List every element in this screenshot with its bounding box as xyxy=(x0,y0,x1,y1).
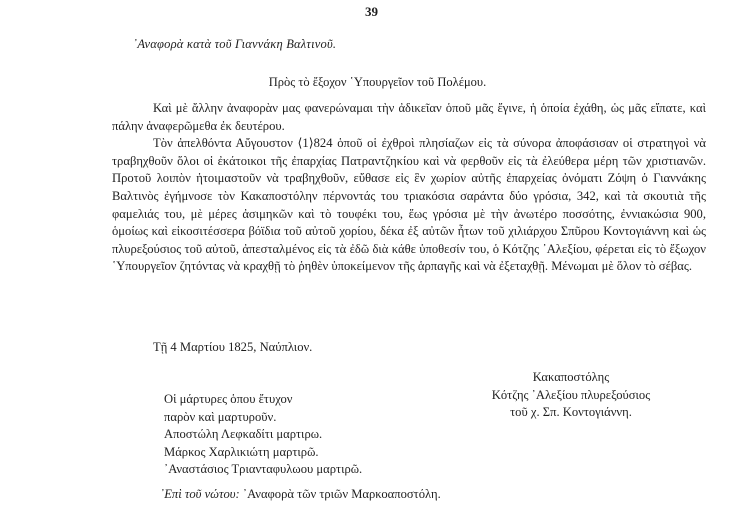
witnesses-block: Οἱ μάρτυρες ὁπου ἔτυχον παρὸν καὶ μαρτυρ… xyxy=(164,391,362,479)
addressee-line: Πρὸς τὸ ἔξοχον ῾Υπουργεῖον τοῦ Πολέμου. xyxy=(0,75,743,90)
date-place-line: Τῇ 4 Μαρτίου 1825, Ναύπλιον. xyxy=(153,340,312,355)
witness-line-3: Αποστώλη Λεφκαδίτι μαρτιρω. xyxy=(164,426,362,444)
signature-line-1: Κακαποστόλης xyxy=(455,369,687,387)
letter-body: Καὶ μὲ ἄλλην ἀναφορὰν μας φανερώναμαι τὴ… xyxy=(112,100,706,276)
verso-note-label: ᾿Επὶ τοῦ νώτου: xyxy=(160,487,240,501)
signature-line-3: τοῦ χ. Σπ. Κοντογιάννη. xyxy=(455,404,687,422)
signature-block: Κακαποστόλης Κότζης ᾿Αλεξίου πλυρεξούσιο… xyxy=(455,369,687,422)
paragraph-1: Καὶ μὲ ἄλλην ἀναφορὰν μας φανερώναμαι τὴ… xyxy=(112,100,706,135)
witness-line-4: Μάρκος Χαρλικιώτη μαρτιρῶ. xyxy=(164,444,362,462)
witness-line-2: παρὸν καὶ μαρτυροῦν. xyxy=(164,409,362,427)
verso-note-text: ᾿Αναφορὰ τῶν τριῶν Μαρκοαποστόλη. xyxy=(243,487,441,501)
document-title: ᾿Αναφορὰ κατὰ τοῦ Γιαννάκη Βαλτινοῦ. xyxy=(133,37,336,52)
signature-line-2: Κότζης ᾿Αλεξίου πλυρεξούσιος xyxy=(455,387,687,405)
page-number: 39 xyxy=(0,4,743,20)
witness-line-1: Οἱ μάρτυρες ὁπου ἔτυχον xyxy=(164,391,362,409)
witness-line-5: ᾿Αναστάσιος Τριανταφυλωου μαρτιρῶ. xyxy=(164,461,362,479)
verso-note: ᾿Επὶ τοῦ νώτου: ᾿Αναφορὰ τῶν τριῶν Μαρκο… xyxy=(160,487,441,502)
paragraph-2: Τὸν ἀπελθόντα Αὔγουστον ⟨1⟩824 ὁποῦ οἱ ἐ… xyxy=(112,135,706,276)
